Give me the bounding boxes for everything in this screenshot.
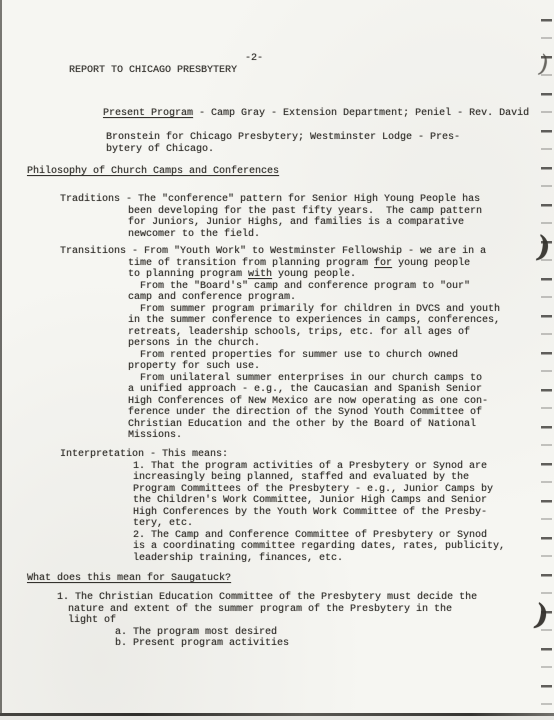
text-line: a. The program most desired	[115, 627, 554, 639]
text-line: From rented properties for summer use to…	[140, 350, 554, 362]
text-line: in the summer conference to experiences …	[128, 315, 554, 327]
text-line: b. Present program activities	[115, 638, 554, 650]
text-line: nature and extent of the summer program …	[68, 604, 554, 616]
underlined-word: with	[248, 269, 272, 280]
section-heading-saugatuck: What does this mean for Saugatuck?	[0, 573, 554, 585]
text-line: retreats, leadership schools, trips, etc…	[128, 327, 554, 339]
text-line: property for such use.	[128, 361, 554, 373]
text-line: Interpretation - This means:	[60, 449, 554, 461]
section-present-program: Present Program - Camp Gray - Extension …	[0, 96, 554, 156]
text-line: tery, etc.	[133, 518, 554, 530]
text-line: High Conferences by the Youth Work Commi…	[133, 507, 554, 519]
text-line: Present Program - Camp Gray - Extension …	[67, 96, 554, 132]
text-line: bytery of Chicago.	[106, 144, 554, 156]
text-line: increasingly being planned, staffed and …	[133, 472, 554, 484]
present-program-label: Present Program	[103, 108, 193, 119]
text-line: Christian Education and the other by the…	[128, 419, 554, 431]
text-line: leadership training, finances, etc.	[133, 553, 554, 565]
text-line: been developing for the past fifty years…	[128, 206, 554, 218]
text-line: From unilateral summer enterprises in ou…	[140, 373, 554, 385]
text-line: camp and conference program.	[128, 292, 554, 304]
text-line: High Conferences of New Mexico are now o…	[128, 396, 554, 408]
text-line: for Juniors, Junior Highs, and families …	[128, 217, 554, 229]
text-line: Missions.	[128, 430, 554, 442]
text-line: time of transition from planning program…	[128, 258, 554, 270]
report-title-text: REPORT TO CHICAGO PRESBYTERY	[69, 65, 237, 76]
text-line: 2. The Camp and Conference Committee of …	[133, 530, 554, 542]
scan-edge-bottom-shade	[0, 716, 554, 720]
paragraph-traditions: Traditions - The "conference" pattern fo…	[0, 194, 554, 240]
text-segment: young people	[392, 258, 470, 269]
report-title: REPORT TO CHICAGO PRESBYTERY -2-	[33, 53, 554, 101]
scanned-document-page: REPORT TO CHICAGO PRESBYTERY -2- Present…	[0, 0, 554, 720]
text-line: Program Committees of the Presbytery - e…	[133, 484, 554, 496]
paragraph-transitions: Transitions - From "Youth Work" to Westm…	[0, 246, 554, 442]
scan-edge-tick-marks	[541, 6, 552, 712]
text-segment: young people.	[272, 269, 356, 280]
text-line: the Children's Work Committee, Junior Hi…	[133, 495, 554, 507]
text-line: persons in the church.	[128, 338, 554, 350]
underlined-word: for	[374, 258, 392, 269]
text-segment: time of transition from planning program	[128, 258, 374, 269]
text-line: 1. That the program activities of a Pres…	[133, 461, 554, 473]
page-header: REPORT TO CHICAGO PRESBYTERY -2-	[0, 53, 554, 101]
scan-edge-left	[0, 0, 2, 720]
page-number: -2-	[245, 53, 263, 65]
section-heading-philosophy: Philosophy of Church Camps and Conferenc…	[0, 166, 554, 178]
paragraph-interpretation: Interpretation - This means: 1. That the…	[0, 449, 554, 564]
text-line: Bronstein for Chicago Presbytery; Westmi…	[106, 132, 554, 144]
text-line: a unified approach - e.g., the Caucasian…	[128, 384, 554, 396]
text-line: 1. The Christian Education Committee of …	[57, 592, 554, 604]
saugatuck-heading-text: What does this mean for Saugatuck?	[27, 573, 231, 584]
text-line: ference under the direction of the Synod…	[128, 407, 554, 419]
text-line: is a coordinating committee regarding da…	[133, 541, 554, 553]
text-segment: to planning program	[128, 269, 248, 280]
text-line: Traditions - The "conference" pattern fo…	[60, 194, 554, 206]
present-program-rest: - Camp Gray - Extension Department; Peni…	[193, 108, 529, 119]
philosophy-heading-text: Philosophy of Church Camps and Conferenc…	[27, 166, 279, 177]
text-line: From summer program primarily for childr…	[140, 304, 554, 316]
text-line: light of	[68, 615, 554, 627]
text-line: Transitions - From "Youth Work" to Westm…	[60, 246, 554, 258]
text-line: to planning program with young people.	[128, 269, 554, 281]
text-line: From the "Board's" camp and conference p…	[140, 281, 554, 293]
text-line: newcomer to the field.	[128, 229, 554, 241]
paragraph-saugatuck-item: 1. The Christian Education Committee of …	[0, 592, 554, 650]
